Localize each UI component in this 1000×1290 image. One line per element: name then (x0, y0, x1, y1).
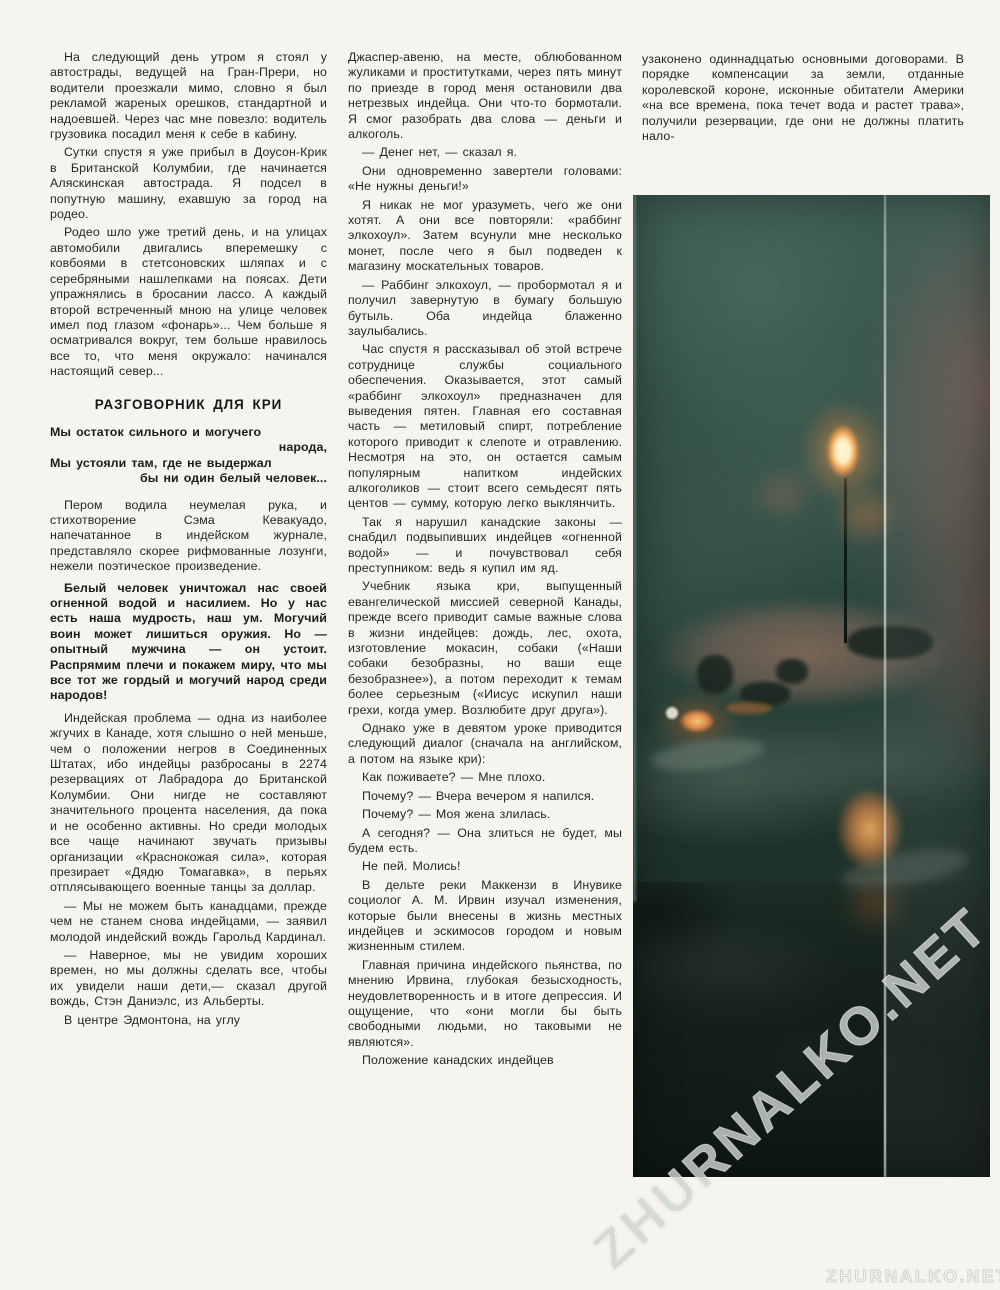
paragraph: бы ни один белый человек... (50, 471, 327, 486)
paragraph: Однако уже в девятом уроке приводится сл… (348, 721, 622, 767)
paragraph: Белый человек уничтожал нас своей огненн… (50, 581, 327, 704)
paragraph: Они одновременно завертели головами: «Не… (348, 164, 622, 195)
paragraph: Главная причина индейского пьянства, по … (348, 958, 622, 1050)
paragraph: Положение канадских индейцев (348, 1053, 622, 1068)
paragraph: Я никак не мог уразуметь, чего же они хо… (348, 198, 622, 275)
paragraph: — Денег нет, — сказал я. (348, 145, 622, 160)
paragraph: В дельте реки Маккензи в Инувике социоло… (348, 878, 622, 955)
magazine-page: { "watermarks": { "large": "ZHURNALKO.NE… (0, 0, 1000, 1290)
paragraph: — Наверное, мы не увидим хороших времен,… (50, 948, 327, 1010)
paragraph: Джаспер-авеню, на месте, облюбованном жу… (348, 50, 622, 142)
paragraph: Родео шло уже третий день, и на улицах а… (50, 225, 327, 379)
section-heading: РАЗГОВОРНИК ДЛЯ КРИ (50, 397, 327, 412)
paragraph: В центре Эдмонтона, на углу (50, 1013, 327, 1028)
paragraph: На следующий день утром я стоял у автост… (50, 50, 327, 142)
paragraph: Почему? — Вчера вечером я напился. (348, 789, 622, 804)
watermark-corner: ZHURNALKO.NET (826, 1266, 1000, 1287)
paragraph: Сутки спустя я уже прибыл в Доусон-Крик … (50, 145, 327, 222)
paragraph: Как поживаете? — Мне плохо. (348, 770, 622, 785)
column-middle: Джаспер-авеню, на месте, облюбованном жу… (348, 50, 622, 1072)
paragraph: А сегодня? — Она злиться не будет, мы бу… (348, 826, 622, 857)
paragraph: Индейская проблема — одна из наиболее жг… (50, 711, 327, 896)
paragraph: Не пей. Молись! (348, 859, 622, 874)
column-left: На следующий день утром я стоял у автост… (50, 50, 327, 1031)
paragraph: — Мы не можем быть канадцами, прежде чем… (50, 899, 327, 945)
paragraph: Учебник языка кри, выпущенный евангеличе… (348, 579, 622, 718)
paragraph: Почему? — Моя жена злилась. (348, 807, 622, 822)
paragraph: Час спустя я рассказывал об этой встрече… (348, 342, 622, 511)
paragraph: узаконено одиннадцатью основными договор… (642, 52, 964, 144)
paragraph: Пером водила неумелая рука, и стихотворе… (50, 498, 327, 575)
column-right: узаконено одиннадцатью основными договор… (642, 52, 964, 147)
paragraph: — Раббинг элкохоул, — пробормотал я и по… (348, 278, 622, 340)
paragraph: народа, (50, 440, 327, 455)
paragraph: Мы остаток сильного и могучего (50, 425, 327, 440)
paragraph: Так я нарушил канадские законы — снабдил… (348, 515, 622, 577)
paragraph: Мы устояли там, где не выдержал (50, 456, 327, 471)
